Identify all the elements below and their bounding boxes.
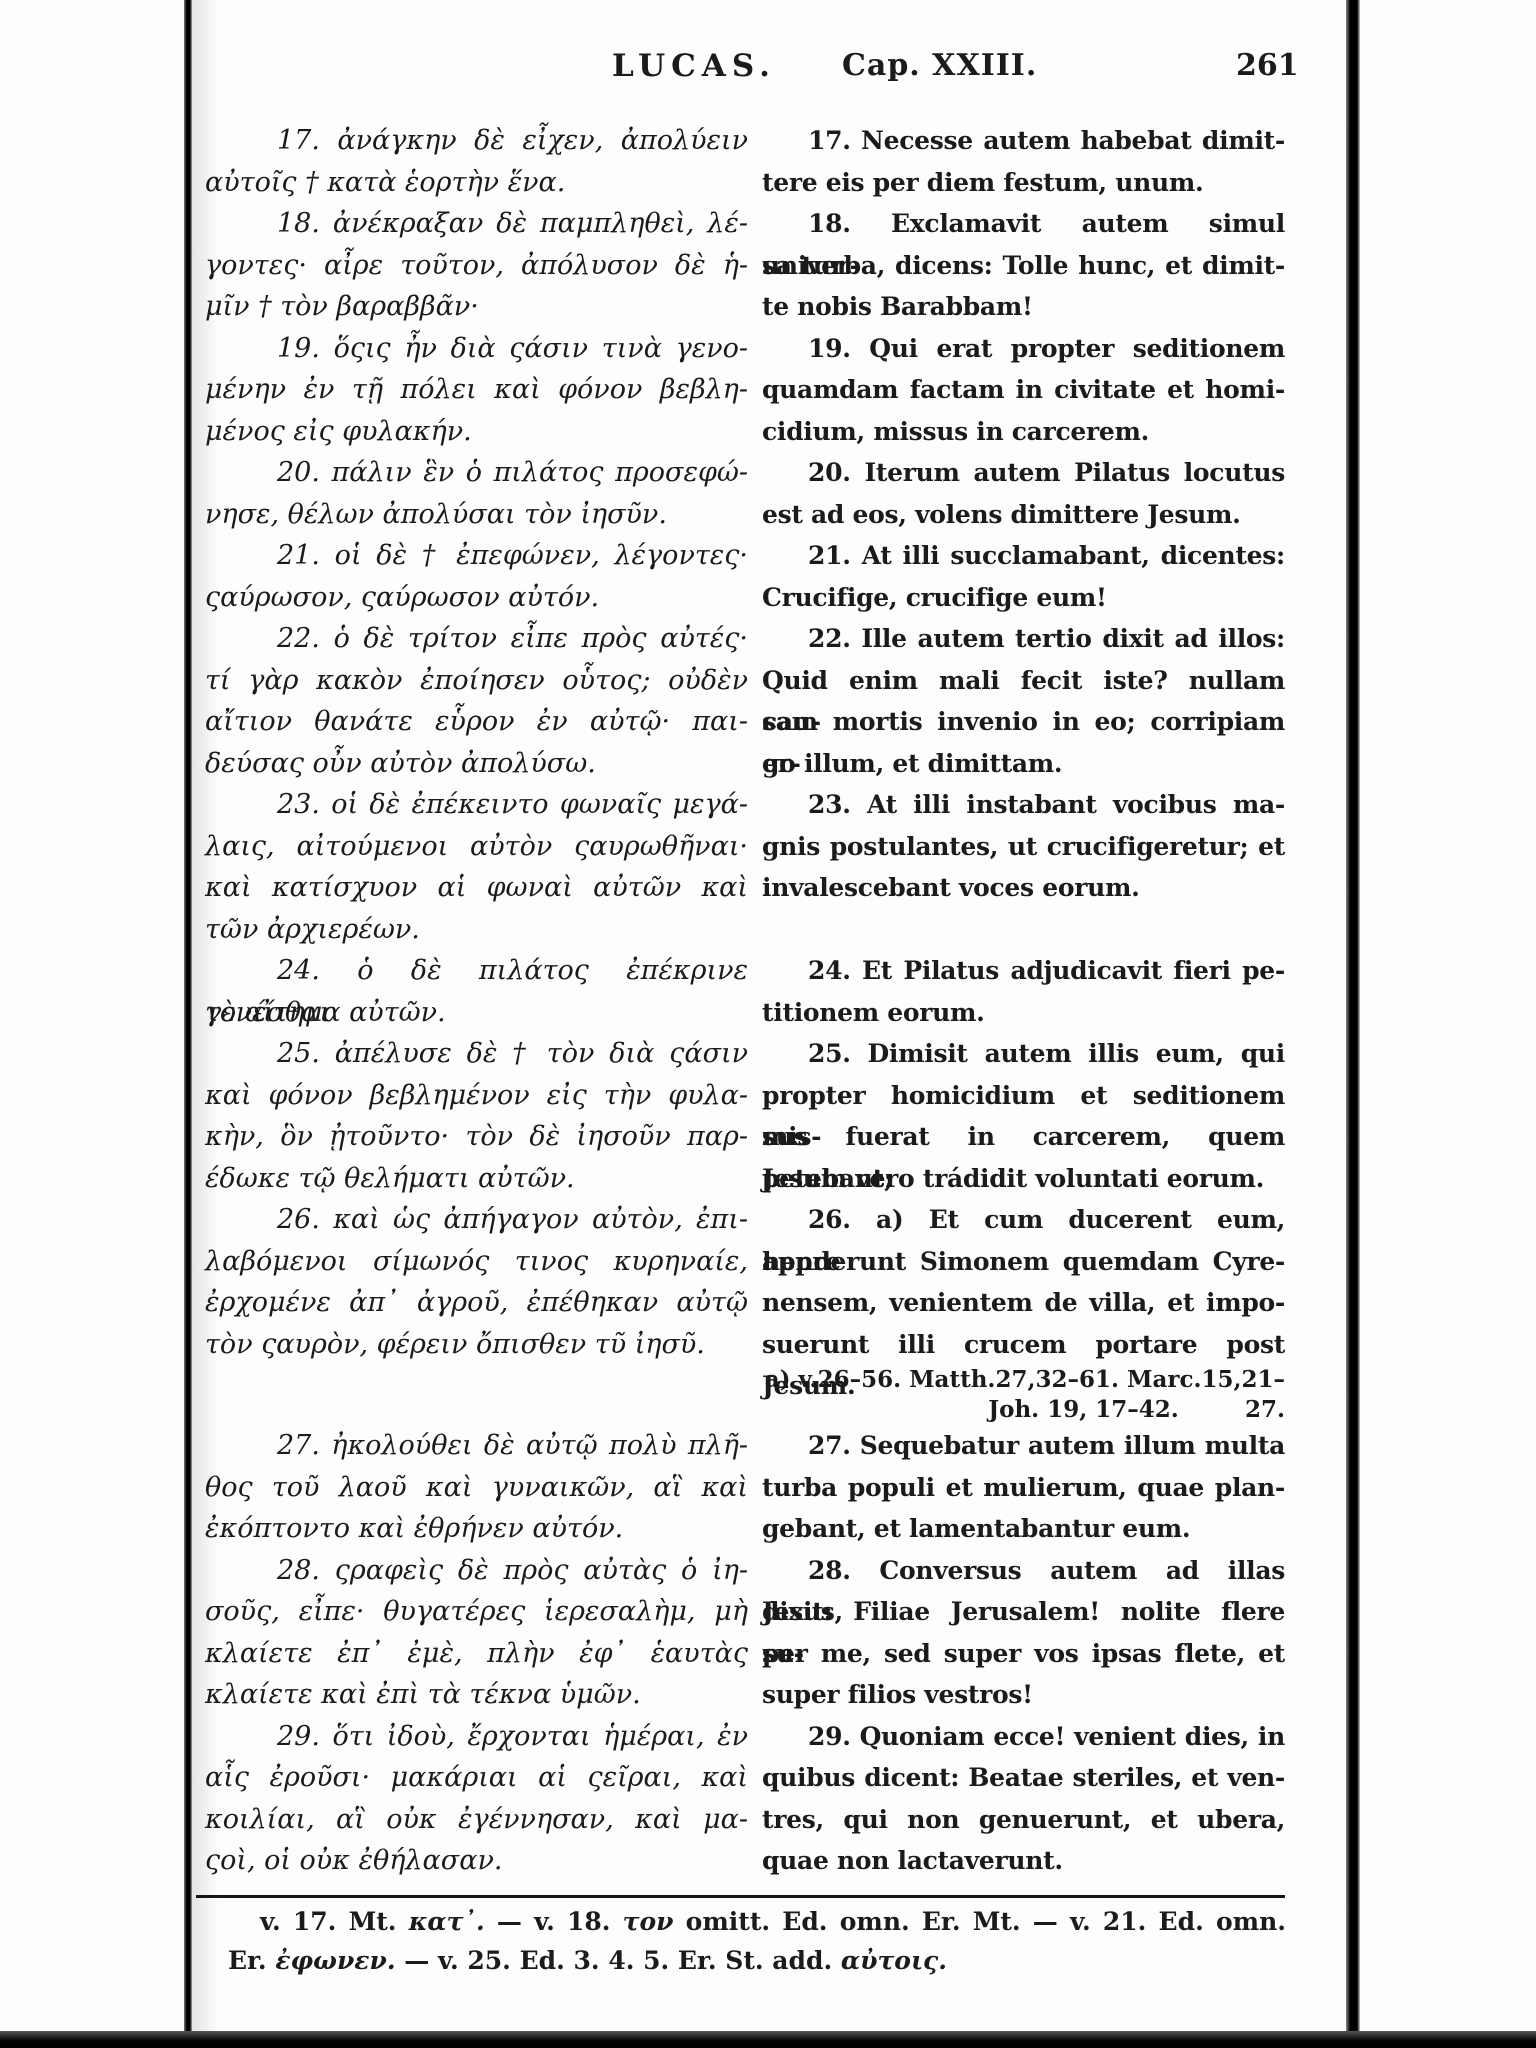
greek-text-line: 25. ἀπέλυσε δὲ † τὸν διὰ ςάσιν — [205, 1033, 748, 1075]
latin-text-line: Crucifige, crucifige eum! — [762, 577, 1285, 619]
column-gap — [762, 909, 1285, 951]
latin-text-line: nensem, venientem de villa, et impo- — [762, 1282, 1285, 1324]
latin-text-line: sam mortis invenio in eo; corripiam er- — [762, 701, 1285, 743]
greek-text-line: κλαίετε καὶ ἐπὶ τὰ τέκνα ὑμῶν. — [205, 1674, 748, 1716]
greek-verse: 20. πάλιν ἓν ὁ πιλάτος προσεφώ-νησε, θέλ… — [205, 452, 748, 535]
latin-verse: 22. Ille autem tertio dixit ad illos:Qui… — [762, 618, 1285, 784]
latin-text-line: 27. Sequebatur autem illum multa — [762, 1425, 1285, 1467]
latin-verse: 27. Sequebatur autem illum multaturba po… — [762, 1425, 1285, 1550]
greek-text-line: θος τοῦ λαοῦ καὶ γυναικῶν, αἳ καὶ — [205, 1467, 748, 1509]
greek-verse: 27. ἠκολούθει δὲ αὐτῷ πολὺ πλῆ-θος τοῦ λ… — [205, 1425, 748, 1550]
greek-text-line: μένην ἐν τῇ πόλει καὶ φόνον βεβλη- — [205, 369, 748, 411]
greek-text-line: νησε, θέλων ἀπολύσαι τὸν ἰησῦν. — [205, 494, 748, 536]
latin-text-line: 23. At illi instabant vocibus ma- — [762, 784, 1285, 826]
greek-text-column: 17. ἀνάγκην δὲ εἶχεν, ἀπολύειναὐτοῖς † κ… — [205, 120, 748, 1882]
greek-text-line: 27. ἠκολούθει δὲ αὐτῷ πολὺ πλῆ- — [205, 1425, 748, 1467]
latin-text-line: go illum, et dimittam. — [762, 743, 1285, 785]
greek-text-line: μῖν † τὸν βαραββᾶν· — [205, 286, 748, 328]
apparatus-text: v. 17. Mt. — [260, 1907, 409, 1936]
latin-verse: 24. Et Pilatus adjudicavit fieri pe-titi… — [762, 950, 1285, 1033]
apparatus-line: Er. ἐφωνεν. — v. 25. Ed. 3. 4. 5. Er. St… — [228, 1941, 1286, 1980]
latin-text-line: suerunt illi crucem portare post Jesum. — [762, 1324, 1285, 1366]
greek-text-line: γοντες· αἶρε τοῦτον, ἀπόλυσον δὲ ἡ- — [205, 245, 748, 287]
latin-text-line: Jesum vero trádidit voluntati eorum. — [762, 1158, 1285, 1200]
latin-text-line: 29. Quoniam ecce! venient dies, in — [762, 1716, 1285, 1758]
apparatus-greek-word: κατ᾽. — [409, 1907, 485, 1936]
latin-verse: 23. At illi instabant vocibus ma-gnis po… — [762, 784, 1285, 909]
greek-text-line: 28. ςραφεὶς δὲ πρὸς αὐτὰς ὁ ἰη- — [205, 1550, 748, 1592]
latin-text-line: propter homicidium et seditionem mis- — [762, 1075, 1285, 1117]
greek-text-line: 26. καὶ ὡς ἀπήγαγον αὐτὸν, ἐπι- — [205, 1199, 748, 1241]
greek-text-line: 17. ἀνάγκην δὲ εἶχεν, ἀπολύειν — [205, 120, 748, 162]
latin-text-line: per me, sed super vos ipsas flete, et — [762, 1633, 1285, 1675]
apparatus-greek-word: αὐτοις. — [841, 1946, 947, 1975]
latin-verse: 28. Conversus autem ad illas Jesus,dixit… — [762, 1550, 1285, 1716]
running-title: LUCAS. — [612, 48, 776, 84]
greek-text-line: κλαίετε ἐπ᾽ ἐμὲ, πλὴν ἐφ᾽ ἑαυτὰς — [205, 1633, 748, 1675]
greek-verse: 21. οἱ δὲ † ἐπεφώνεν, λέγοντες·ςαύρωσον,… — [205, 535, 748, 618]
greek-verse: 19. ὅςις ἦν διὰ ςάσιν τινὰ γενο-μένην ἐν… — [205, 328, 748, 453]
greek-text-line: λαβόμενοι σίμωνός τινος κυρηναίε, — [205, 1241, 748, 1283]
greek-verse: 29. ὅτι ἰδοὺ, ἔρχονται ἡμέραι, ἐναἷς ἐρο… — [205, 1716, 748, 1882]
greek-verse: 23. οἱ δὲ ἐπέκειντο φωναῖς μεγά-λαις, αἰ… — [205, 784, 748, 950]
latin-text-line: tere eis per diem festum, unum. — [762, 162, 1285, 204]
latin-text-line: titionem eorum. — [762, 992, 1285, 1034]
latin-verse: 25. Dimisit autem illis eum, quipropter … — [762, 1033, 1285, 1199]
greek-text-line: αἴτιον θανάτε εὗρον ἐν αὐτῷ· παι- — [205, 701, 748, 743]
greek-text-line: σοῦς, εἶπε· θυγατέρες ἱερεσαλὴμ, μὴ — [205, 1591, 748, 1633]
latin-text-line: 28. Conversus autem ad illas Jesus, — [762, 1550, 1285, 1592]
greek-text-line: 29. ὅτι ἰδοὺ, ἔρχονται ἡμέραι, ἐν — [205, 1716, 748, 1758]
apparatus-text: omitt. Ed. omn. Er. Mt. — v. 21. Ed. omn… — [673, 1907, 1286, 1936]
latin-text-line: te nobis Barabbam! — [762, 286, 1285, 328]
greek-verse: 24. ὁ δὲ πιλάτος ἐπέκρινε γενέσθαιτὸ αἴτ… — [205, 950, 748, 1033]
latin-text-line: 21. At illi succlamabant, dicentes: — [762, 535, 1285, 577]
greek-text-line: ςοὶ, οἱ οὐκ ἐθήλασαν. — [205, 1840, 748, 1882]
scan-border-left — [184, 0, 192, 2048]
latin-text-line: 26. a) Et cum ducerent eum, appre — [762, 1199, 1285, 1241]
latin-text-line: henderunt Simonem quemdam Cyre- — [762, 1241, 1285, 1283]
latin-verse: 17. Necesse autem habebat dimit-tere eis… — [762, 120, 1285, 203]
latin-text-column: 17. Necesse autem habebat dimit-tere eis… — [762, 120, 1285, 1882]
apparatus-text: — v. 25. Ed. 3. 4. 5. Er. St. add. — [396, 1946, 841, 1975]
latin-text-line: cidium, missus in carcerem. — [762, 411, 1285, 453]
latin-text-line: tres, qui non genuerunt, et ubera, — [762, 1799, 1285, 1841]
greek-verse: 22. ὁ δὲ τρίτον εἶπε πρὸς αὐτές·τί γὰρ κ… — [205, 618, 748, 784]
latin-text-line: quae non lactaverunt. — [762, 1840, 1285, 1882]
latin-text-line: sus fuerat in carcerem, quem petebant; — [762, 1116, 1285, 1158]
greek-text-line: καὶ κατίσχυον αἱ φωναὶ αὐτῶν καὶ — [205, 867, 748, 909]
footnote-rule — [196, 1895, 1285, 1898]
greek-verse: 25. ἀπέλυσε δὲ † τὸν διὰ ςάσινκαὶ φόνον … — [205, 1033, 748, 1199]
greek-text-line: ἐκόπτοντο καὶ ἐθρήνεν αὐτόν. — [205, 1508, 748, 1550]
greek-text-line: καὶ φόνον βεβλημένον εἰς τὴν φυλα- — [205, 1075, 748, 1117]
greek-text-line: τὸ αἴτημα αὐτῶν. — [205, 992, 748, 1034]
latin-text-line: 17. Necesse autem habebat dimit- — [762, 120, 1285, 162]
apparatus-line: v. 17. Mt. κατ᾽. — v. 18. τον omitt. Ed.… — [228, 1902, 1286, 1941]
greek-verse: 18. ἀνέκραξαν δὲ παμπληθεὶ, λέ-γοντες· α… — [205, 203, 748, 328]
greek-text-line: έδωκε τῷ θελήματι αὐτῶν. — [205, 1158, 748, 1200]
latin-text-line: est ad eos, volens dimittere Jesum. — [762, 494, 1285, 536]
greek-text-line: κὴν, ὃν ᾐτοῦντο· τὸν δὲ ἰησοῦν παρ- — [205, 1116, 748, 1158]
critical-apparatus-footnote: v. 17. Mt. κατ᾽. — v. 18. τον omitt. Ed.… — [228, 1902, 1286, 1980]
latin-text-line: 24. Et Pilatus adjudicavit fieri pe- — [762, 950, 1285, 992]
greek-text-line: ςαύρωσον, ςαύρωσον αὐτόν. — [205, 577, 748, 619]
page-number: 261 — [1236, 48, 1299, 83]
greek-text-line: 22. ὁ δὲ τρίτον εἶπε πρὸς αὐτές· — [205, 618, 748, 660]
greek-text-line: ἐρχομένε ἀπ᾽ ἀγροῦ, ἐπέθηκαν αὐτῷ — [205, 1282, 748, 1324]
latin-verse: 26. a) Et cum ducerent eum, apprehenderu… — [762, 1199, 1285, 1365]
latin-text-line: super filios vestros! — [762, 1674, 1285, 1716]
column-gap — [205, 1365, 748, 1425]
latin-text-line: 20. Iterum autem Pilatus locutus — [762, 452, 1285, 494]
apparatus-text: Er. — [228, 1946, 275, 1975]
latin-text-line: 22. Ille autem tertio dixit ad illos: — [762, 618, 1285, 660]
greek-text-line: αἷς ἐροῦσι· μακάριαι αἱ ςεῖραι, καὶ — [205, 1757, 748, 1799]
greek-verse: 26. καὶ ὡς ἀπήγαγον αὐτὸν, ἐπι-λαβόμενοι… — [205, 1199, 748, 1365]
latin-text-line: turba populi et mulierum, quae plan- — [762, 1467, 1285, 1509]
latin-verse: 21. At illi succlamabant, dicentes:Cruci… — [762, 535, 1285, 618]
greek-text-line: 19. ὅςις ἦν διὰ ςάσιν τινὰ γενο- — [205, 328, 748, 370]
latin-text-line: quibus dicent: Beatae steriles, et ven- — [762, 1757, 1285, 1799]
greek-text-line: 18. ἀνέκραξαν δὲ παμπληθεὶ, λέ- — [205, 203, 748, 245]
greek-text-line: 24. ὁ δὲ πιλάτος ἐπέκρινε γενέσθαι — [205, 950, 748, 992]
greek-text-line: τὸν ςαυρὸν, φέρειν ὄπισθεν τῦ ἰησῦ. — [205, 1324, 748, 1366]
scan-border-bottom — [0, 2031, 1536, 2048]
latin-text-line: gebant, et lamentabantur eum. — [762, 1508, 1285, 1550]
latin-verse: 18. Exclamavit autem simul univer-sa tur… — [762, 203, 1285, 328]
latin-verse: 29. Quoniam ecce! venient dies, inquibus… — [762, 1716, 1285, 1882]
latin-text-line: 19. Qui erat propter seditionem — [762, 328, 1285, 370]
greek-text-line: τί γὰρ κακὸν ἐποίησεν οὗτος; οὐδὲν — [205, 660, 748, 702]
greek-text-line: 21. οἱ δὲ † ἐπεφώνεν, λέγοντες· — [205, 535, 748, 577]
greek-text-line: 20. πάλιν ἓν ὁ πιλάτος προσεφώ- — [205, 452, 748, 494]
greek-verse: 28. ςραφεὶς δὲ πρὸς αὐτὰς ὁ ἰη-σοῦς, εἶπ… — [205, 1550, 748, 1716]
latin-text-line: 18. Exclamavit autem simul univer- — [762, 203, 1285, 245]
greek-text-line: αὐτοῖς † κατὰ ἑορτὴν ἕνα. — [205, 162, 748, 204]
apparatus-greek-word: ἐφωνεν. — [275, 1946, 395, 1975]
book-page-scan: LUCAS. Cap. XXIII. 261 17. ἀνάγκην δὲ εἶ… — [0, 0, 1536, 2048]
apparatus-greek-word: τον — [623, 1907, 674, 1936]
latin-text-line: 25. Dimisit autem illis eum, qui — [762, 1033, 1285, 1075]
latin-text-line: gnis postulantes, ut crucifigeretur; et — [762, 826, 1285, 868]
latin-text-line: dixit: Filiae Jerusalem! nolite flere su… — [762, 1591, 1285, 1633]
greek-text-line: κοιλίαι, αἳ οὐκ ἐγέννησαν, καὶ μα- — [205, 1799, 748, 1841]
latin-text-line: Quid enim mali fecit iste? nullam cau- — [762, 660, 1285, 702]
latin-verse: 20. Iterum autem Pilatus locutusest ad e… — [762, 452, 1285, 535]
latin-text-line: quamdam factam in civitate et homi- — [762, 369, 1285, 411]
cross-reference-line: a) v.26–56. Matth.27,32–61. Marc.15,21–2… — [762, 1365, 1285, 1395]
greek-text-line: μένος εἰς φυλακήν. — [205, 411, 748, 453]
greek-text-line: 23. οἱ δὲ ἐπέκειντο φωναῖς μεγά- — [205, 784, 748, 826]
latin-verse: 19. Qui erat propter seditionemquamdam f… — [762, 328, 1285, 453]
latin-text-line: invalescebant voces eorum. — [762, 867, 1285, 909]
chapter-heading: Cap. XXIII. — [842, 48, 1037, 83]
apparatus-text: — v. 18. — [485, 1907, 623, 1936]
greek-verse: 17. ἀνάγκην δὲ εἶχεν, ἀπολύειναὐτοῖς † κ… — [205, 120, 748, 203]
scan-border-right — [1346, 0, 1360, 2048]
greek-text-line: τῶν ἀρχιερέων. — [205, 909, 748, 951]
greek-text-line: λαις, αἰτούμενοι αὐτὸν ςαυρωθῆναι· — [205, 826, 748, 868]
latin-text-line: sa turba, dicens: Tolle hunc, et dimit- — [762, 245, 1285, 287]
greek-text-line: δεύσας οὖν αὐτὸν ἀπολύσω. — [205, 743, 748, 785]
